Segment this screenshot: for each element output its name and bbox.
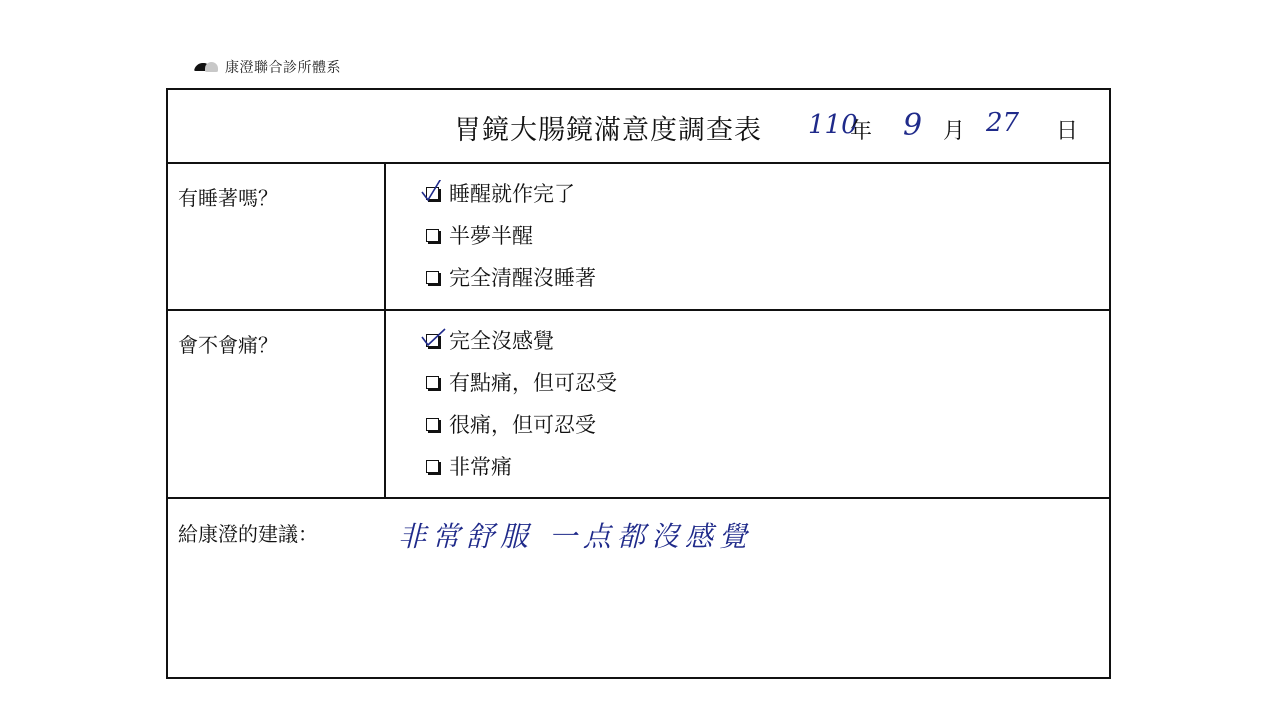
logo-icon	[195, 61, 219, 73]
check-mark-icon	[421, 327, 447, 349]
question-sleep-options: 睡醒就作完了 半夢半醒 完全清醒沒睡著	[426, 172, 596, 298]
divider	[168, 162, 1109, 164]
option-label: 非常痛	[449, 451, 512, 481]
option-sleep-half[interactable]: 半夢半醒	[426, 214, 596, 256]
checkbox[interactable]	[426, 460, 439, 473]
option-sleep-asleep[interactable]: 睡醒就作完了	[426, 172, 596, 214]
option-label: 完全清醒沒睡著	[449, 262, 596, 292]
title-row: 胃鏡大腸鏡滿意度調查表 110 年 9 月 27 日	[168, 90, 1109, 163]
suggestion-label: 給康澄的建議：	[178, 518, 318, 547]
checkbox[interactable]	[426, 376, 439, 389]
question-sleep-label: 有睡著嗎？	[178, 182, 278, 211]
option-label: 完全沒感覺	[449, 325, 554, 355]
option-label: 睡醒就作完了	[449, 178, 575, 208]
form-title: 胃鏡大腸鏡滿意度調查表	[454, 108, 762, 147]
check-mark-icon	[421, 180, 447, 202]
divider	[168, 497, 1109, 499]
checkbox[interactable]	[426, 229, 439, 242]
option-pain-very[interactable]: 很痛，但可忍受	[426, 403, 617, 445]
checkbox-checked[interactable]	[426, 187, 439, 200]
option-sleep-awake[interactable]: 完全清醒沒睡著	[426, 256, 596, 298]
checkbox-checked[interactable]	[426, 334, 439, 347]
date-day-label: 日	[1056, 114, 1078, 145]
option-pain-none[interactable]: 完全沒感覺	[426, 319, 617, 361]
date-day-value[interactable]: 27	[986, 108, 1019, 138]
option-pain-slight[interactable]: 有點痛，但可忍受	[426, 361, 617, 403]
date-month-value[interactable]: 9	[903, 108, 922, 143]
option-label: 有點痛，但可忍受	[449, 367, 617, 397]
checkbox[interactable]	[426, 418, 439, 431]
organization-name: 康澄聯合診所體系	[225, 57, 341, 77]
column-divider	[384, 162, 386, 499]
option-pain-extreme[interactable]: 非常痛	[426, 445, 617, 487]
divider	[168, 309, 1109, 311]
option-label: 半夢半醒	[449, 220, 533, 250]
suggestion-text[interactable]: 非常舒服 一点都沒感覺	[398, 515, 753, 555]
question-pain-label: 會不會痛？	[178, 329, 278, 358]
date-month-label: 月	[943, 114, 965, 145]
option-label: 很痛，但可忍受	[449, 409, 596, 439]
date-year-label: 年	[850, 114, 872, 145]
survey-form: 胃鏡大腸鏡滿意度調查表 110 年 9 月 27 日 有睡著嗎？ 睡醒就作完了 …	[166, 88, 1111, 679]
question-pain-options: 完全沒感覺 有點痛，但可忍受 很痛，但可忍受 非常痛	[426, 319, 617, 487]
checkbox[interactable]	[426, 271, 439, 284]
clinic-logo: 康澄聯合診所體系	[195, 57, 341, 77]
